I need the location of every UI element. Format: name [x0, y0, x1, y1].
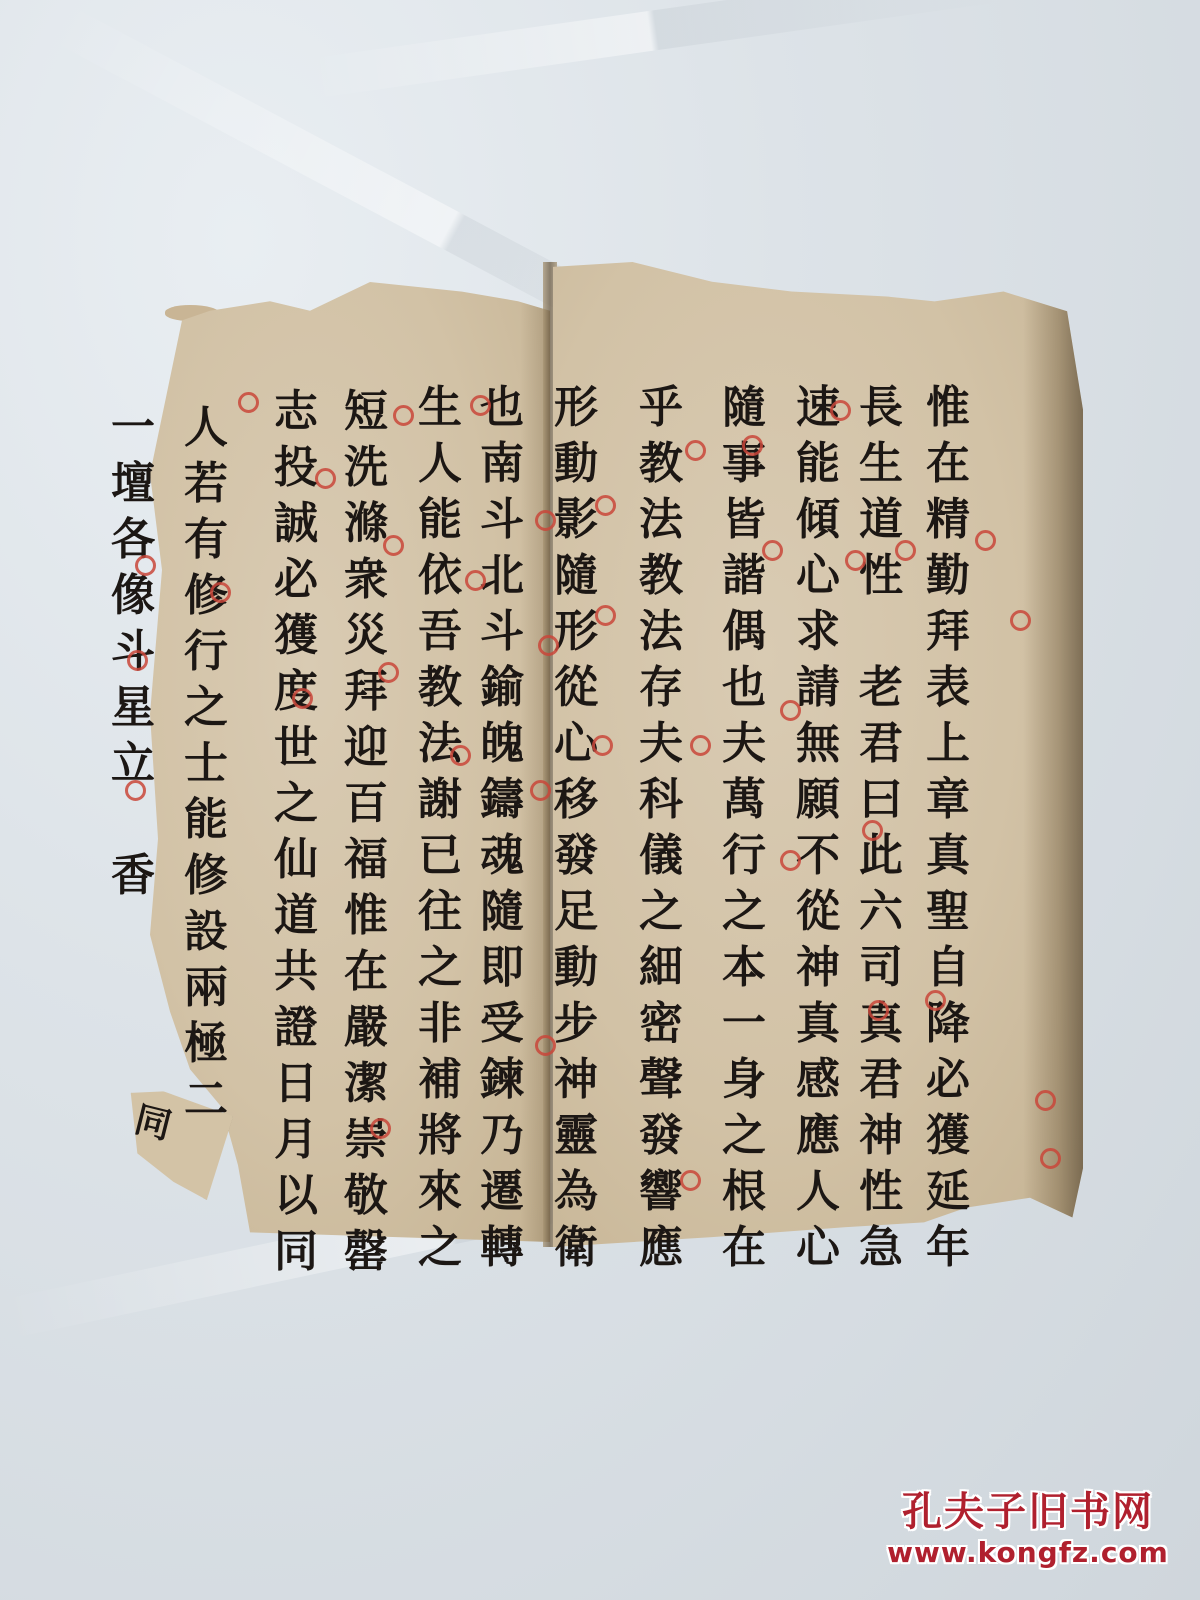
text-column-r5: 乎教法教法存夫科儀之細密聲發響應 [633, 380, 689, 1276]
punctuation-circle [450, 745, 471, 766]
manuscript-character: 惟 [926, 380, 970, 436]
manuscript-book: 惟在精勤拜表上章真聖自降必獲延年 長生道性 老君曰此六司真君神性急 速能傾心求請… [0, 0, 1200, 1600]
punctuation-circle [393, 405, 414, 426]
manuscript-character: 曰 [859, 772, 903, 828]
manuscript-character: 已 [418, 828, 462, 884]
manuscript-character: 日 [274, 1056, 318, 1112]
manuscript-character: 獲 [926, 1108, 970, 1164]
manuscript-character: 人 [796, 1164, 840, 1220]
manuscript-character: 應 [796, 1108, 840, 1164]
punctuation-circle [535, 510, 556, 531]
manuscript-character: 老 [859, 660, 903, 716]
manuscript-character: 求 [796, 604, 840, 660]
manuscript-character: 行 [722, 828, 766, 884]
punctuation-circle [538, 635, 559, 656]
manuscript-character: 影 [554, 492, 598, 548]
manuscript-character: 鍊 [480, 1052, 524, 1108]
manuscript-character: 應 [639, 1220, 683, 1276]
manuscript-character: 壇 [111, 456, 155, 512]
manuscript-character: 隨 [722, 380, 766, 436]
manuscript-character: 遷 [480, 1164, 524, 1220]
punctuation-circle [690, 735, 711, 756]
manuscript-character: 道 [859, 492, 903, 548]
manuscript-character: 士 [184, 736, 228, 792]
punctuation-circle [595, 605, 616, 626]
manuscript-character: 道 [274, 888, 318, 944]
manuscript-character: 為 [554, 1164, 598, 1220]
manuscript-character: 滌 [344, 496, 388, 552]
manuscript-character: 心 [796, 1220, 840, 1276]
punctuation-circle [975, 530, 996, 551]
manuscript-character: 敬 [344, 1168, 388, 1224]
text-column-r3: 速能傾心求請無願不從神真感應人心 [790, 380, 846, 1276]
manuscript-character: 真 [796, 996, 840, 1052]
manuscript-character: 一 [722, 996, 766, 1052]
manuscript-character: 斗 [480, 604, 524, 660]
manuscript-character: 之 [418, 1220, 462, 1276]
manuscript-character: 魄 [480, 716, 524, 772]
manuscript-character: 福 [344, 832, 388, 888]
manuscript-character: 補 [418, 1052, 462, 1108]
manuscript-character: 香 [111, 848, 155, 904]
manuscript-character: 細 [639, 940, 683, 996]
manuscript-character: 君 [859, 1052, 903, 1108]
manuscript-character: 衆 [344, 552, 388, 608]
manuscript-character: 上 [926, 716, 970, 772]
punctuation-circle [685, 440, 706, 461]
manuscript-character: 必 [274, 552, 318, 608]
manuscript-character: 在 [926, 436, 970, 492]
punctuation-circle [292, 688, 313, 709]
manuscript-character: 形 [554, 604, 598, 660]
manuscript-character: 謝 [418, 772, 462, 828]
manuscript-character: 動 [554, 436, 598, 492]
manuscript-character: 神 [554, 1052, 598, 1108]
manuscript-character: 響 [639, 1164, 683, 1220]
manuscript-character: 儀 [639, 828, 683, 884]
manuscript-character: 移 [554, 772, 598, 828]
manuscript-character: 急 [859, 1220, 903, 1276]
manuscript-character: 一 [111, 400, 155, 456]
manuscript-character: 性 [859, 1164, 903, 1220]
manuscript-character: 教 [639, 548, 683, 604]
manuscript-character: 設 [184, 904, 228, 960]
manuscript-character: 發 [639, 1108, 683, 1164]
manuscript-character: 洗 [344, 440, 388, 496]
manuscript-character: 聲 [639, 1052, 683, 1108]
manuscript-character: 根 [722, 1164, 766, 1220]
manuscript-character: 二 [184, 1072, 228, 1128]
punctuation-circle [868, 1000, 889, 1021]
manuscript-character: 無 [796, 716, 840, 772]
text-column-r4: 隨事皆諧偶也夫萬行之本一身之根在 [716, 380, 772, 1276]
manuscript-character: 之 [639, 884, 683, 940]
manuscript-character: 能 [796, 436, 840, 492]
manuscript-character: 不 [796, 828, 840, 884]
manuscript-character: 發 [554, 828, 598, 884]
punctuation-circle [210, 582, 231, 603]
manuscript-character: 行 [184, 624, 228, 680]
manuscript-character: 百 [344, 776, 388, 832]
manuscript-character: 非 [418, 996, 462, 1052]
manuscript-character: 君 [859, 716, 903, 772]
manuscript-character: 生 [859, 436, 903, 492]
punctuation-circle [470, 395, 491, 416]
manuscript-character: 萬 [722, 772, 766, 828]
punctuation-circle [762, 540, 783, 561]
manuscript-character: 能 [184, 792, 228, 848]
manuscript-character: 在 [344, 944, 388, 1000]
manuscript-character: 將 [418, 1108, 462, 1164]
punctuation-circle [315, 468, 336, 489]
manuscript-character: 有 [184, 512, 228, 568]
manuscript-character: 勤 [926, 548, 970, 604]
manuscript-character: 本 [722, 940, 766, 996]
manuscript-character: 夫 [722, 716, 766, 772]
manuscript-character: 司 [859, 940, 903, 996]
manuscript-character: 世 [274, 720, 318, 776]
manuscript-character: 潔 [344, 1056, 388, 1112]
manuscript-character: 生 [418, 380, 462, 436]
punctuation-circle [780, 850, 801, 871]
punctuation-circle [592, 735, 613, 756]
manuscript-character: 從 [796, 884, 840, 940]
manuscript-character: 吾 [418, 604, 462, 660]
manuscript-character: 傾 [796, 492, 840, 548]
manuscript-character: 乎 [639, 380, 683, 436]
manuscript-character: 投 [274, 440, 318, 496]
manuscript-character: 鑄 [480, 772, 524, 828]
manuscript-character: 短 [344, 384, 388, 440]
manuscript-character: 人 [418, 436, 462, 492]
manuscript-character: 星 [111, 680, 155, 736]
manuscript-character: 之 [722, 1108, 766, 1164]
manuscript-character: 之 [722, 884, 766, 940]
manuscript-character: 自 [926, 940, 970, 996]
punctuation-circle [370, 1118, 391, 1139]
manuscript-character: 仙 [274, 832, 318, 888]
text-column-r1: 惟在精勤拜表上章真聖自降必獲延年 [920, 380, 976, 1276]
manuscript-character: 轉 [480, 1220, 524, 1276]
manuscript-character: 心 [796, 548, 840, 604]
manuscript-character: 教 [418, 660, 462, 716]
manuscript-character: 若 [184, 456, 228, 512]
manuscript-character: 北 [480, 548, 524, 604]
manuscript-character [873, 604, 888, 660]
manuscript-character: 惟 [344, 888, 388, 944]
manuscript-character: 諧 [722, 548, 766, 604]
manuscript-character: 精 [926, 492, 970, 548]
manuscript-character: 修 [184, 848, 228, 904]
manuscript-character: 迎 [344, 720, 388, 776]
manuscript-character: 皆 [722, 492, 766, 548]
manuscript-character: 科 [639, 772, 683, 828]
punctuation-circle [465, 570, 486, 591]
manuscript-character: 章 [926, 772, 970, 828]
manuscript-character: 足 [554, 884, 598, 940]
manuscript-character: 在 [722, 1220, 766, 1276]
punctuation-circle [925, 990, 946, 1011]
manuscript-character: 必 [926, 1052, 970, 1108]
manuscript-character: 罄 [344, 1224, 388, 1280]
manuscript-character: 年 [926, 1220, 970, 1276]
manuscript-character: 靈 [554, 1108, 598, 1164]
manuscript-character: 以 [274, 1168, 318, 1224]
manuscript-character: 獲 [274, 608, 318, 664]
manuscript-character: 表 [926, 660, 970, 716]
punctuation-circle [895, 540, 916, 561]
manuscript-character: 步 [554, 996, 598, 1052]
manuscript-character: 之 [184, 680, 228, 736]
punctuation-circle [1010, 610, 1031, 631]
manuscript-character: 法 [639, 492, 683, 548]
manuscript-character: 誠 [274, 496, 318, 552]
text-column-r6: 形動影隨形從心移發足動步神靈為衛 [548, 380, 604, 1276]
manuscript-character: 衛 [554, 1220, 598, 1276]
punctuation-circle [383, 535, 404, 556]
manuscript-character: 極 [184, 1016, 228, 1072]
punctuation-circle [742, 435, 763, 456]
manuscript-character: 人 [184, 400, 228, 456]
manuscript-character: 志 [274, 384, 318, 440]
manuscript-character: 身 [722, 1052, 766, 1108]
manuscript-character: 魂 [480, 828, 524, 884]
manuscript-character: 動 [554, 940, 598, 996]
text-column-l5: 人若有修行之士能修設兩極二 [178, 400, 234, 1128]
manuscript-character: 之 [274, 776, 318, 832]
manuscript-character: 也 [722, 660, 766, 716]
watermark-url: www.kongfz.com [878, 1536, 1178, 1570]
manuscript-character: 延 [926, 1164, 970, 1220]
manuscript-character: 災 [344, 608, 388, 664]
punctuation-circle [862, 820, 883, 841]
manuscript-character: 請 [796, 660, 840, 716]
manuscript-character: 隨 [480, 884, 524, 940]
punctuation-circle [125, 780, 146, 801]
manuscript-character: 感 [796, 1052, 840, 1108]
manuscript-character: 即 [480, 940, 524, 996]
punctuation-circle [780, 700, 801, 721]
manuscript-character: 存 [639, 660, 683, 716]
punctuation-circle [1035, 1090, 1056, 1111]
manuscript-character: 教 [639, 436, 683, 492]
manuscript-character: 共 [274, 944, 318, 1000]
manuscript-character: 乃 [480, 1108, 524, 1164]
manuscript-character: 願 [796, 772, 840, 828]
manuscript-character: 嚴 [344, 1000, 388, 1056]
punctuation-circle [680, 1170, 701, 1191]
punctuation-circle [530, 780, 551, 801]
manuscript-character: 斗 [480, 492, 524, 548]
manuscript-character: 從 [554, 660, 598, 716]
manuscript-character: 六 [859, 884, 903, 940]
manuscript-character: 兩 [184, 960, 228, 1016]
manuscript-character: 依 [418, 548, 462, 604]
punctuation-circle [845, 550, 866, 571]
manuscript-character: 能 [418, 492, 462, 548]
punctuation-circle [1040, 1148, 1061, 1169]
watermark: 孔夫子旧书网 www.kongfz.com [878, 1488, 1178, 1570]
manuscript-character: 真 [926, 828, 970, 884]
manuscript-character: 神 [796, 940, 840, 996]
manuscript-character: 往 [418, 884, 462, 940]
punctuation-circle [595, 495, 616, 516]
manuscript-character: 月 [274, 1112, 318, 1168]
manuscript-character: 長 [859, 380, 903, 436]
manuscript-character: 證 [274, 1000, 318, 1056]
punctuation-circle [238, 392, 259, 413]
punctuation-circle [378, 662, 399, 683]
manuscript-character: 南 [480, 436, 524, 492]
punctuation-circle [135, 555, 156, 576]
manuscript-character: 隨 [554, 548, 598, 604]
watermark-title: 孔夫子旧书网 [878, 1488, 1178, 1536]
manuscript-character: 之 [418, 940, 462, 996]
manuscript-character: 受 [480, 996, 524, 1052]
manuscript-character: 神 [859, 1108, 903, 1164]
manuscript-character: 來 [418, 1164, 462, 1220]
manuscript-character: 鍮 [480, 660, 524, 716]
manuscript-character: 形 [554, 380, 598, 436]
manuscript-character: 法 [639, 604, 683, 660]
manuscript-character: 偶 [722, 604, 766, 660]
text-column-l2: 生人能依吾教法謝已往之非補將來之 [412, 380, 468, 1276]
manuscript-character: 夫 [639, 716, 683, 772]
text-column-l3: 短洗滌衆災拜迎百福惟在嚴潔崇敬罄 [338, 384, 394, 1280]
text-column-l4: 志投誠必獲度世之仙道共證日月以同 [268, 384, 324, 1280]
manuscript-character: 同 [274, 1224, 318, 1280]
punctuation-circle [830, 400, 851, 421]
manuscript-character: 聖 [926, 884, 970, 940]
manuscript-character: 拜 [926, 604, 970, 660]
manuscript-character: 像 [111, 568, 155, 624]
punctuation-circle [127, 650, 148, 671]
punctuation-circle [535, 1035, 556, 1056]
text-column-l1: 也南斗北斗鍮魄鑄魂隨即受鍊乃遷轉 [474, 380, 530, 1276]
manuscript-character: 密 [639, 996, 683, 1052]
